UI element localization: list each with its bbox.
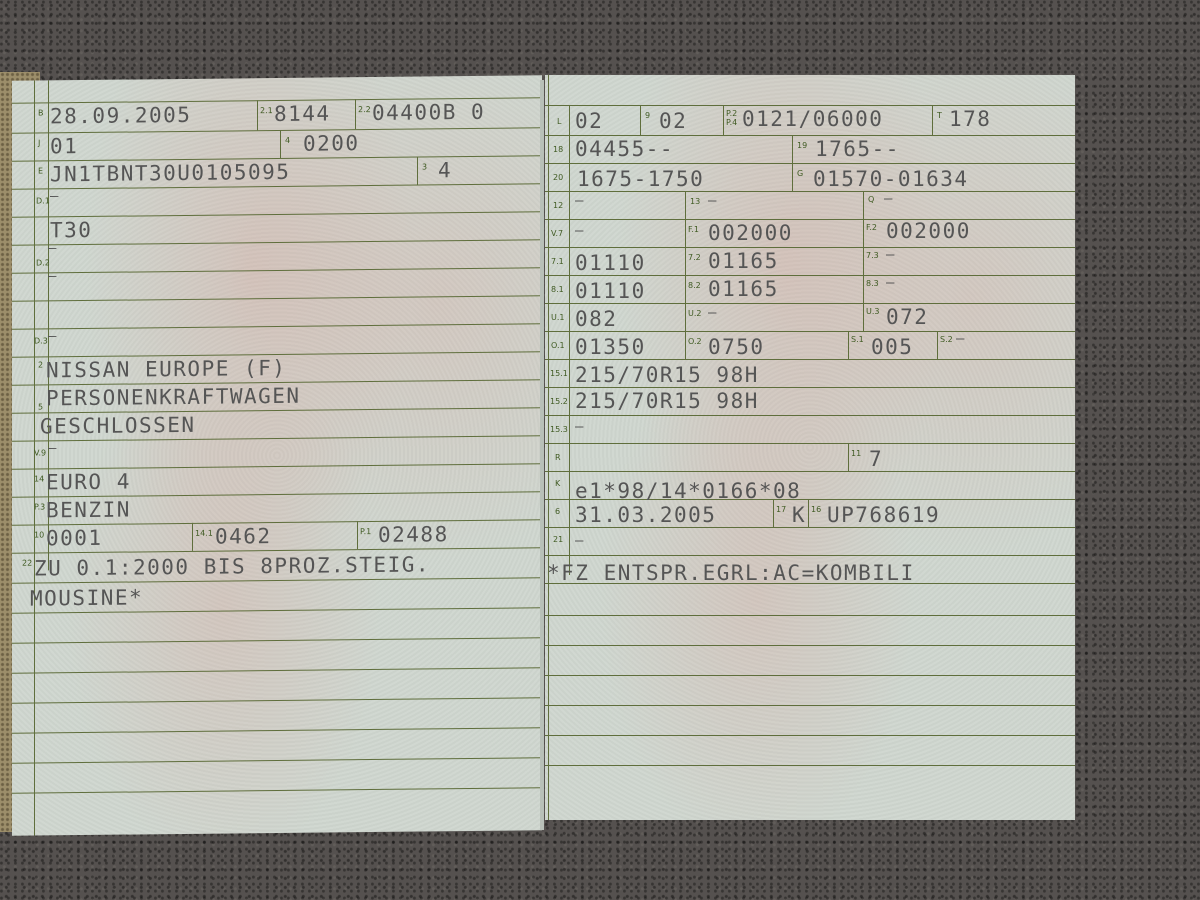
field-F2: 002000	[886, 219, 971, 243]
field-F1: 002000	[708, 221, 793, 245]
field-S1: 005	[871, 335, 913, 359]
field-22-line2: MOUSINE*	[30, 585, 143, 610]
field-10: 0001	[46, 526, 103, 551]
field-8-1: 01110	[575, 279, 646, 303]
field-14-1: 0462	[215, 524, 272, 549]
field-O2: 0750	[708, 335, 765, 359]
row-22-right: *FZ ENTSPR.EGRL:AC=KOMBILI	[545, 555, 1075, 584]
field-U1: 082	[575, 307, 617, 331]
row-6: 6 31.03.2005 17 K 16 UP768619	[545, 499, 1075, 528]
field-6-date: 31.03.2005	[575, 503, 716, 527]
field-4: 0200	[303, 131, 360, 156]
field-3: 4	[438, 158, 452, 182]
field-21: —	[575, 533, 585, 549]
field-P3-fuel: BENZIN	[46, 498, 131, 523]
row-21: 21 —	[545, 527, 1075, 556]
row-U: U.1 082 U.2 — U.3 072	[545, 303, 1075, 332]
field-14-emission: EURO 4	[46, 470, 131, 495]
field-P1: 02488	[378, 522, 449, 547]
field-7-1: 01110	[575, 251, 646, 275]
field-17: K	[792, 503, 806, 527]
field-V9: —	[48, 440, 58, 456]
row-K: K e1*98/14*0166*08	[545, 471, 1075, 500]
field-5-line2: GESCHLOSSEN	[40, 413, 196, 439]
field-15-2-tyres: 215/70R15 98H	[575, 389, 759, 413]
right-page: L 02 9 02 P.2P.4 0121/06000 T 178 18 044…	[545, 75, 1075, 820]
book-spine	[540, 80, 544, 830]
field-G: 01570-01634	[813, 167, 969, 191]
field-J: 01	[50, 134, 78, 158]
field-U2: —	[708, 305, 718, 321]
row-7: 7.1 01110 7.2 01165 7.3 —	[545, 247, 1075, 276]
field-15-1-tyres: 215/70R15 98H	[575, 363, 759, 387]
field-P2-P4: 0121/06000	[742, 107, 883, 131]
field-16: UP768619	[827, 503, 940, 527]
field-13: —	[708, 193, 718, 209]
field-2-manufacturer: NISSAN EUROPE (F)	[46, 356, 286, 383]
field-E-vin: JN1TBNT30U0105095	[50, 160, 290, 187]
row-15-2: 15.2 215/70R15 98H	[545, 387, 1075, 416]
row-O: O.1 01350 O.2 0750 S.1 005 S.2 —	[545, 331, 1075, 360]
left-page: B 28.09.2005 2.1 8144 2.2 04400B 0 J 01 …	[12, 75, 542, 836]
field-9: 02	[659, 109, 687, 133]
field-22-line1-right: *FZ ENTSPR.EGRL:AC=KOMBILI	[547, 561, 915, 585]
row-12: 12 — 13 — Q —	[545, 191, 1075, 220]
field-O1: 01350	[575, 335, 646, 359]
field-7-2: 01165	[708, 249, 779, 273]
field-22-line1-left: ZU 0.1:2000 BIS 8PROZ.STEIG.	[34, 552, 430, 580]
field-2-1: 8144	[274, 101, 331, 126]
field-D2-line2: —	[48, 268, 58, 284]
field-D1: —	[50, 188, 60, 204]
field-5-line1: PERSONENKRAFTWAGEN	[46, 384, 301, 411]
row-15-3: 15.3 —	[545, 415, 1075, 444]
row-8: 8.1 01110 8.2 01165 8.3 —	[545, 275, 1075, 304]
field-D2: —	[48, 240, 58, 256]
field-12: —	[575, 193, 585, 209]
field-20: 1675-1750	[577, 167, 704, 191]
field-7-3: —	[886, 247, 896, 263]
field-U3: 072	[886, 305, 928, 329]
field-19: 1765--	[815, 137, 900, 161]
field-11: 7	[869, 447, 883, 471]
field-L: 02	[575, 109, 603, 133]
row-15-1: 15.1 215/70R15 98H	[545, 359, 1075, 388]
row-L: L 02 9 02 P.2P.4 0121/06000 T 178	[545, 105, 1075, 136]
field-D3: —	[48, 328, 58, 344]
field-8-2: 01165	[708, 277, 779, 301]
field-Q: —	[884, 191, 894, 207]
field-18: 04455--	[575, 137, 674, 161]
field-T: 178	[949, 107, 991, 131]
row-R: R 11 7	[545, 443, 1075, 472]
field-15-3: —	[575, 419, 585, 435]
field-S2: —	[956, 331, 966, 347]
row-18: 18 04455-- 19 1765--	[545, 135, 1075, 164]
row-V7: V.7 — F.1 002000 F.2 002000	[545, 219, 1075, 248]
field-2-2: 04400B 0	[372, 100, 485, 125]
field-8-3: —	[886, 275, 896, 291]
field-D1-line2: T30	[50, 218, 92, 242]
field-B: 28.09.2005	[50, 103, 191, 128]
field-V7: —	[575, 223, 585, 239]
row-20: 20 1675-1750 G 01570-01634	[545, 163, 1075, 192]
